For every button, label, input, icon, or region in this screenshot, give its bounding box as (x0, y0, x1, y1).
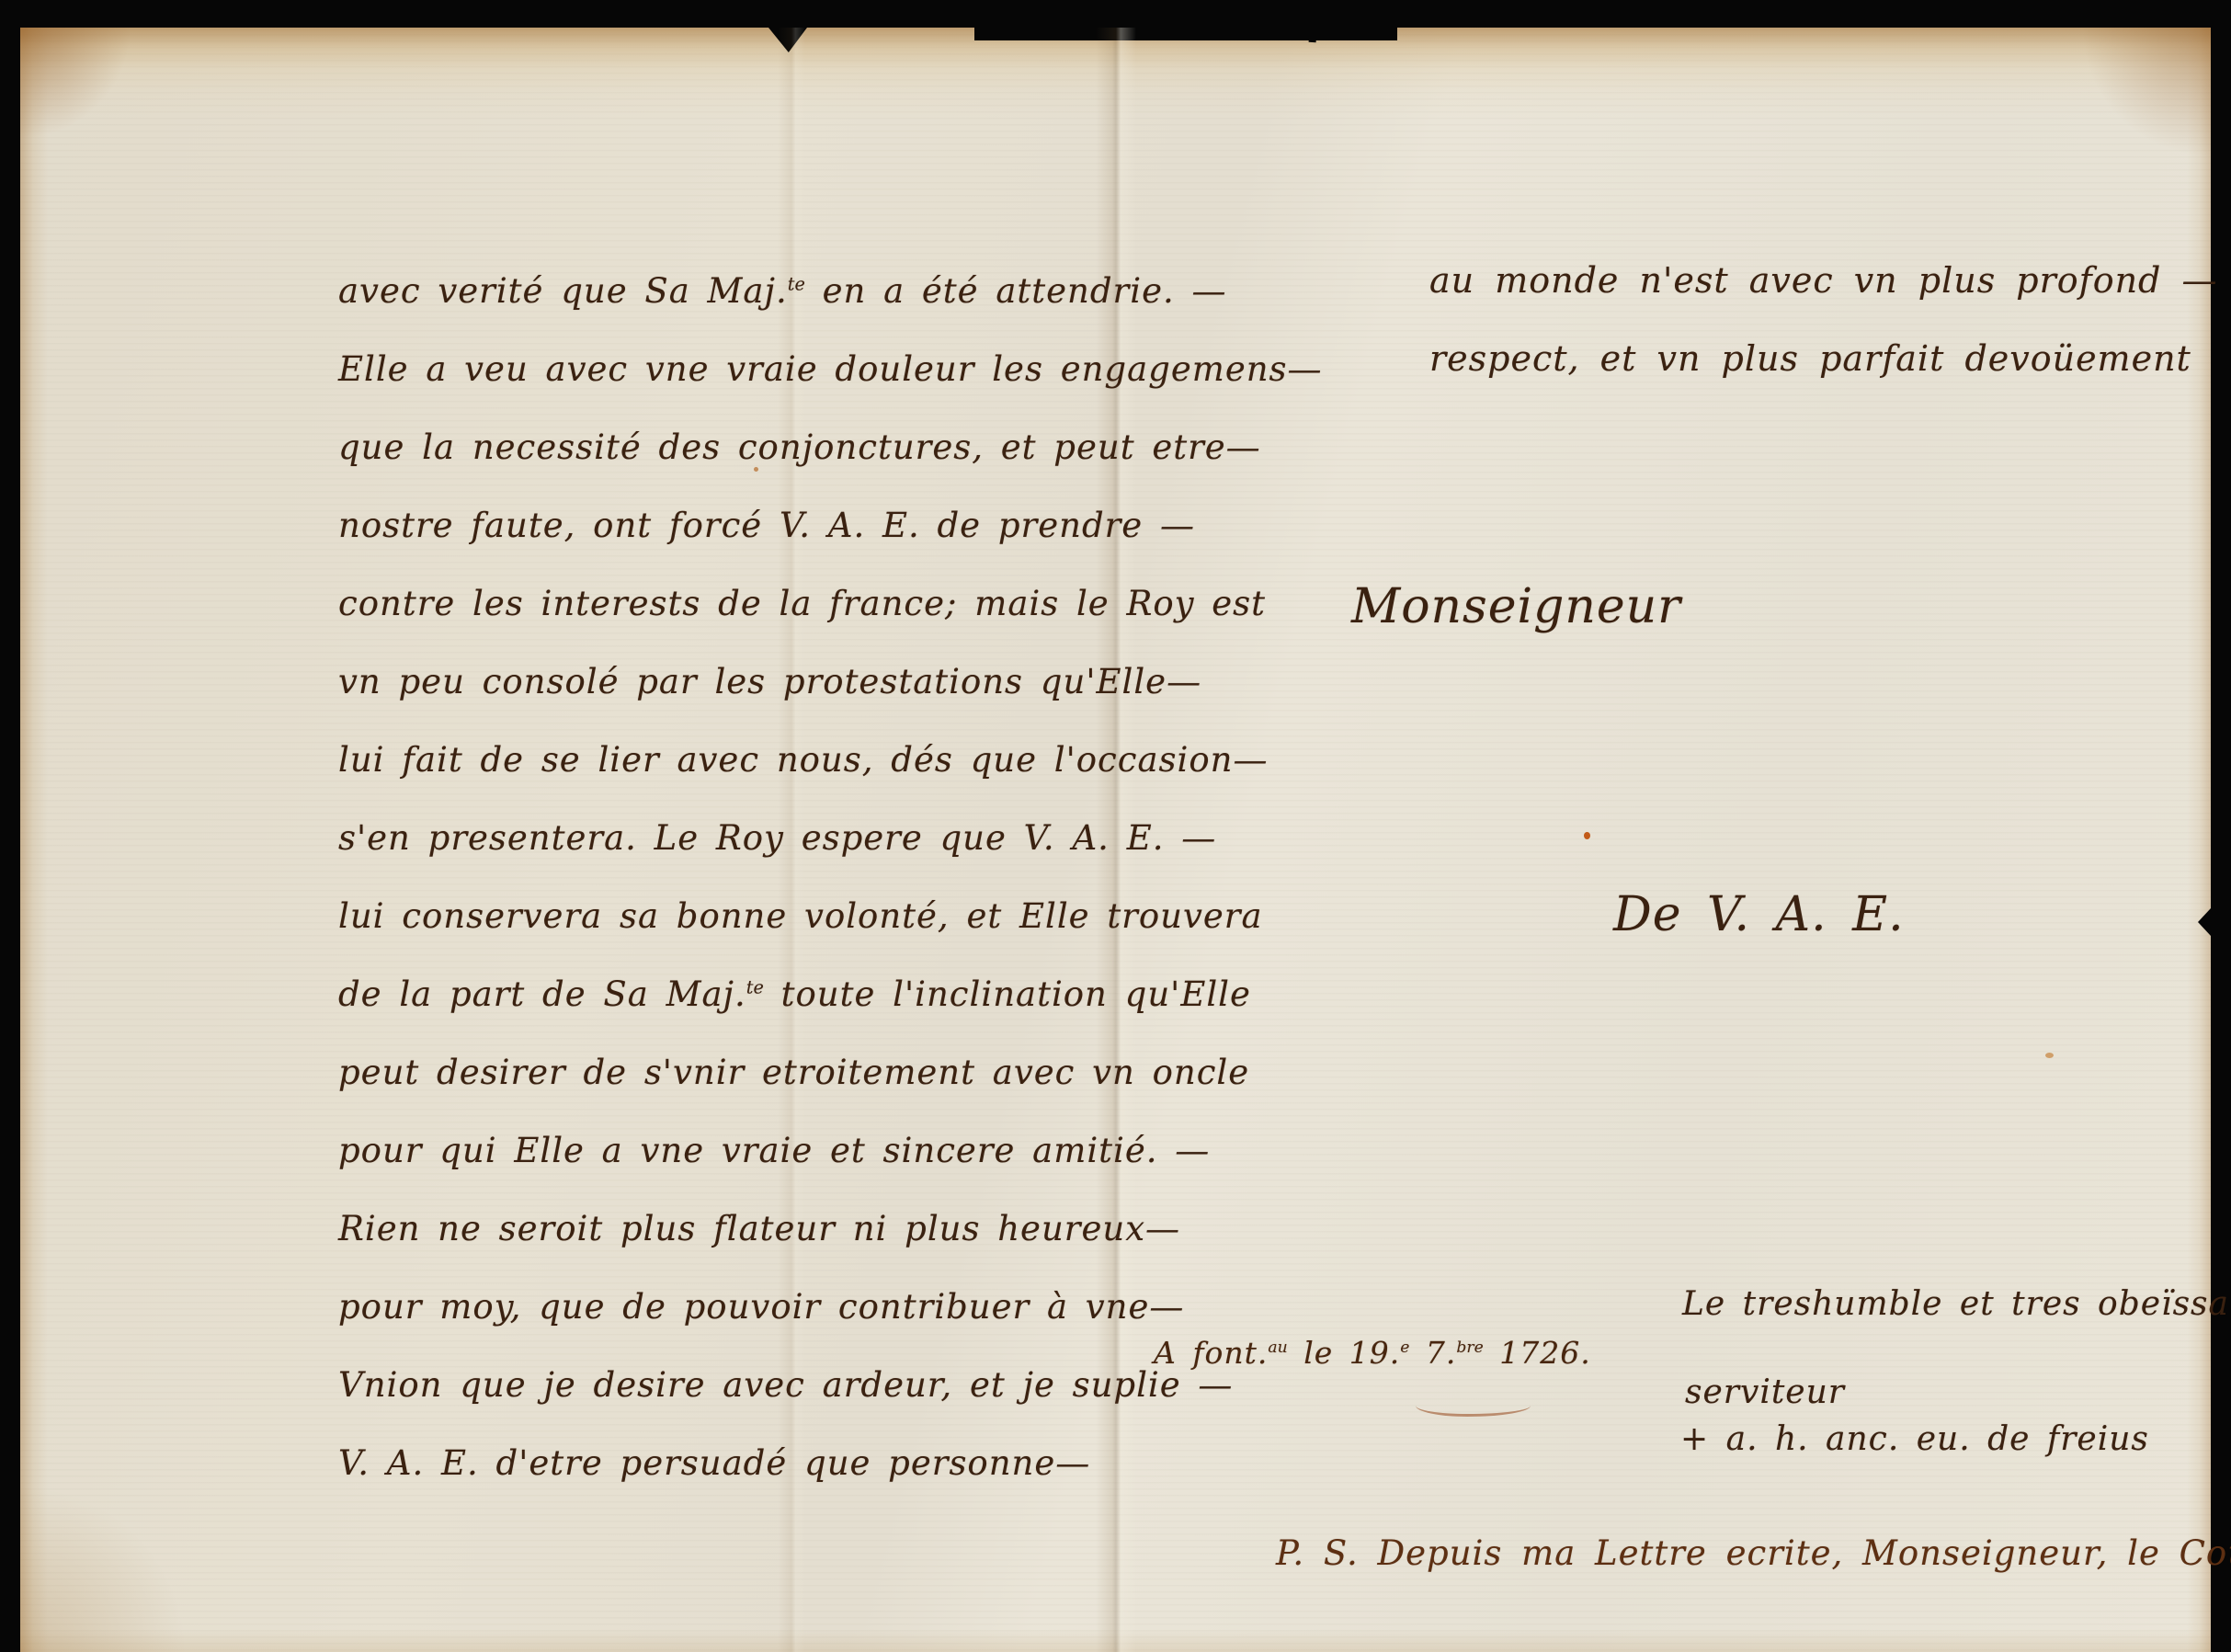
salutation: Monseigneur (1351, 579, 1681, 634)
manuscript-line: pour qui Elle a vne vraie et sincere ami… (338, 1131, 1210, 1170)
manuscript-line: Rien ne seroit plus flateur ni plus heur… (338, 1209, 1180, 1248)
manuscript-line: respect, et vn plus parfait devoüement (1429, 338, 2191, 379)
manuscript-line: V. A. E. d'etre persuadé que personne— (338, 1443, 1090, 1483)
manuscript-line: pour moy, que de pouvoir contribuer à vn… (338, 1287, 1184, 1327)
paper-edge-tick (1309, 28, 1317, 42)
manuscript-line: au monde n'est avec vn plus profond — (1429, 260, 2217, 301)
manuscript-line: contre les interests de la france; mais … (338, 584, 1266, 623)
signature-line: + a. h. anc. eu. de freius (1680, 1420, 2149, 1458)
manuscript-line: s'en presentera. Le Roy espere que V. A.… (338, 818, 1216, 858)
postscript: P. S. Depuis ma Lettre ecrite, Monseigne… (1276, 1533, 2231, 1573)
manuscript-line: que la necessité des conjonctures, et pe… (338, 427, 1261, 467)
manuscript-line: peut desirer de s'vnir etroitement avec … (338, 1053, 1249, 1092)
manuscript-line: nostre faute, ont forcé V. A. E. de pren… (338, 506, 1195, 545)
manuscript-line: lui fait de se lier avec nous, dés que l… (338, 740, 1268, 780)
ink-speck (1584, 832, 1590, 839)
signature-line: serviteur (1685, 1373, 1845, 1411)
scan-edge-shadow (974, 0, 1397, 40)
manuscript-line: Vnion que je desire avec ardeur, et je s… (338, 1365, 1233, 1405)
dateline: A font.au le 19.e 7.bre 1726. (1154, 1335, 1591, 1371)
valediction: De V. A. E. (1613, 887, 1905, 942)
manuscript-line: lui conservera sa bonne volonté, et Elle… (338, 896, 1263, 936)
manuscript-line: Elle a veu avec vne vraie douleur les en… (338, 349, 1323, 389)
manuscript-line: de la part de Sa Maj.te toute l'inclinat… (338, 974, 1251, 1014)
signature-line: Le treshumble et tres obeïssant (1682, 1285, 2231, 1323)
manuscript-line: vn peu consolé par les protestations qu'… (338, 662, 1201, 701)
foxing-spot (2045, 1053, 2054, 1058)
ink-speck (754, 467, 758, 472)
manuscript-line: avec verité que Sa Maj.te en a été atten… (338, 271, 1226, 311)
manuscript-scan: avec verité que Sa Maj.te en a été atten… (0, 0, 2231, 1652)
